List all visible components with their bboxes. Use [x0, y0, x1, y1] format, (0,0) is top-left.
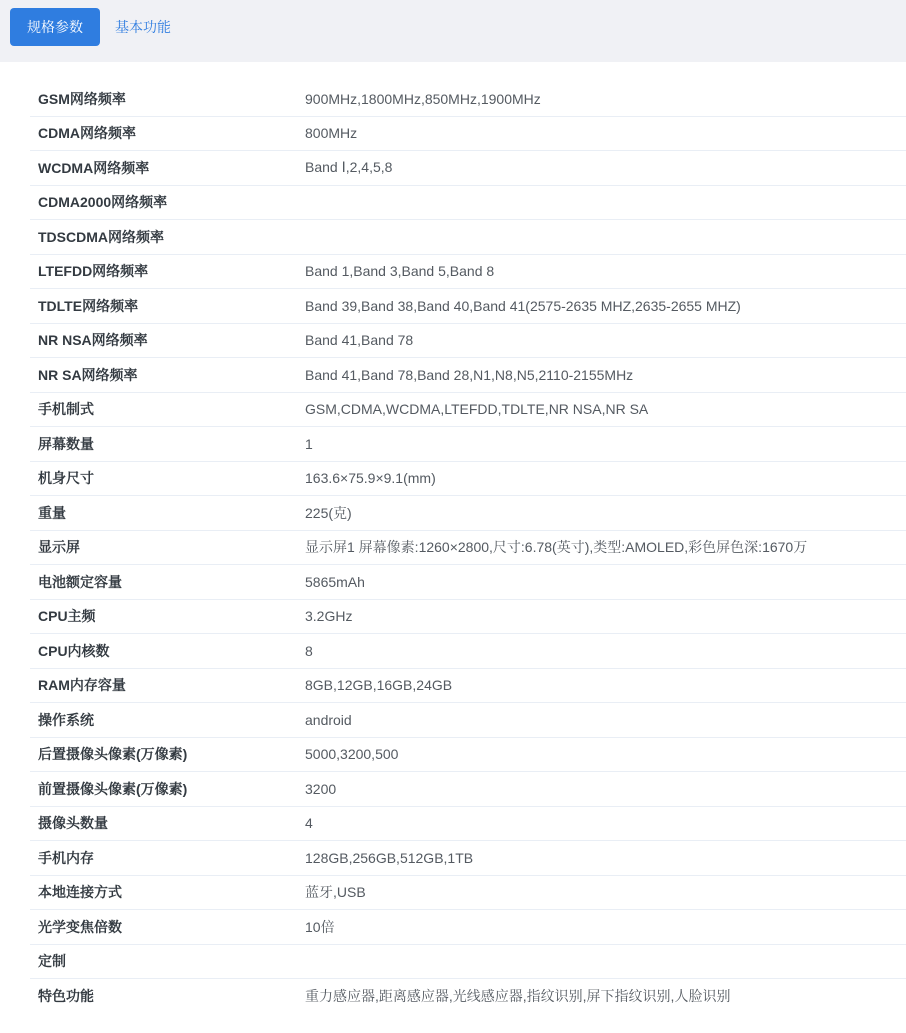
spec-label: 操作系统: [30, 710, 305, 730]
spec-label: WCDMA网络频率: [30, 158, 305, 178]
spec-value: GSM,CDMA,WCDMA,LTEFDD,TDLTE,NR NSA,NR SA: [305, 401, 906, 417]
spec-row: TDLTE网络频率Band 39,Band 38,Band 40,Band 41…: [30, 289, 906, 324]
spec-value: 900MHz,1800MHz,850MHz,1900MHz: [305, 91, 906, 107]
spec-value: Band 1,Band 3,Band 5,Band 8: [305, 263, 906, 279]
spec-label: 电池额定容量: [30, 572, 305, 592]
spec-row: TDSCDMA网络频率: [30, 220, 906, 255]
spec-row: 定制: [30, 945, 906, 980]
spec-value: 蓝牙,USB: [305, 882, 906, 902]
spec-label: 手机制式: [30, 399, 305, 419]
spec-row: 机身尺寸163.6×75.9×9.1(mm): [30, 462, 906, 497]
tab-bar: 规格参数 基本功能: [0, 0, 906, 62]
spec-label: 重量: [30, 503, 305, 523]
spec-row: CDMA网络频率800MHz: [30, 117, 906, 152]
spec-value: 800MHz: [305, 125, 906, 141]
spec-value: 4: [305, 815, 906, 831]
spec-value: 5000,3200,500: [305, 746, 906, 762]
spec-row: LTEFDD网络频率Band 1,Band 3,Band 5,Band 8: [30, 255, 906, 290]
spec-row: 光学变焦倍数10倍: [30, 910, 906, 945]
spec-row: 特色功能重力感应器,距离感应器,光线感应器,指纹识别,屏下指纹识别,人脸识别: [30, 979, 906, 1014]
spec-row: GSM网络频率900MHz,1800MHz,850MHz,1900MHz: [30, 82, 906, 117]
spec-label: TDSCDMA网络频率: [30, 227, 305, 247]
spec-value: 128GB,256GB,512GB,1TB: [305, 850, 906, 866]
spec-label: GSM网络频率: [30, 89, 305, 109]
spec-row: 前置摄像头像素(万像素)3200: [30, 772, 906, 807]
spec-label: 本地连接方式: [30, 882, 305, 902]
spec-label: 屏幕数量: [30, 434, 305, 454]
spec-row: 电池额定容量5865mAh: [30, 565, 906, 600]
spec-value: 1: [305, 436, 906, 452]
spec-label: 前置摄像头像素(万像素): [30, 779, 305, 799]
tab-spec-params[interactable]: 规格参数: [10, 8, 100, 46]
spec-row: WCDMA网络频率Band Ⅰ,2,4,5,8: [30, 151, 906, 186]
spec-value: 163.6×75.9×9.1(mm): [305, 470, 906, 486]
spec-label: CDMA网络频率: [30, 123, 305, 143]
spec-label: CPU内核数: [30, 641, 305, 661]
spec-row: 本地连接方式蓝牙,USB: [30, 876, 906, 911]
spec-row: RAM内存容量8GB,12GB,16GB,24GB: [30, 669, 906, 704]
spec-row: 手机内存128GB,256GB,512GB,1TB: [30, 841, 906, 876]
spec-value: Band 41,Band 78: [305, 332, 906, 348]
spec-label: LTEFDD网络频率: [30, 261, 305, 281]
spec-value: 225(克): [305, 503, 906, 523]
spec-label: 手机内存: [30, 848, 305, 868]
spec-row: CPU内核数8: [30, 634, 906, 669]
spec-row: 重量225(克): [30, 496, 906, 531]
spec-label: 摄像头数量: [30, 813, 305, 833]
spec-label: CPU主频: [30, 606, 305, 626]
spec-value: 5865mAh: [305, 574, 906, 590]
spec-value: Band 39,Band 38,Band 40,Band 41(2575-263…: [305, 298, 906, 314]
spec-label: NR NSA网络频率: [30, 330, 305, 350]
spec-label: NR SA网络频率: [30, 365, 305, 385]
spec-row: CDMA2000网络频率: [30, 186, 906, 221]
spec-row: 摄像头数量4: [30, 807, 906, 842]
spec-label: 特色功能: [30, 986, 305, 1006]
spec-row: NR NSA网络频率Band 41,Band 78: [30, 324, 906, 359]
spec-row: CPU主频3.2GHz: [30, 600, 906, 635]
spec-row: NR SA网络频率Band 41,Band 78,Band 28,N1,N8,N…: [30, 358, 906, 393]
spec-value: Band Ⅰ,2,4,5,8: [305, 159, 906, 176]
spec-table: GSM网络频率900MHz,1800MHz,850MHz,1900MHzCDMA…: [30, 62, 906, 1014]
spec-label: 光学变焦倍数: [30, 917, 305, 937]
spec-value: android: [305, 712, 906, 728]
spec-value: Band 41,Band 78,Band 28,N1,N8,N5,2110-21…: [305, 367, 906, 383]
spec-value: 显示屏1 屏幕像素:1260×2800,尺寸:6.78(英寸),类型:AMOLE…: [305, 537, 906, 557]
spec-value: 重力感应器,距离感应器,光线感应器,指纹识别,屏下指纹识别,人脸识别: [305, 986, 906, 1006]
spec-value: 8: [305, 643, 906, 659]
spec-label: RAM内存容量: [30, 675, 305, 695]
spec-label: CDMA2000网络频率: [30, 192, 305, 212]
spec-label: TDLTE网络频率: [30, 296, 305, 316]
spec-label: 显示屏: [30, 537, 305, 557]
spec-row: 后置摄像头像素(万像素)5000,3200,500: [30, 738, 906, 773]
spec-label: 机身尺寸: [30, 468, 305, 488]
spec-row: 手机制式GSM,CDMA,WCDMA,LTEFDD,TDLTE,NR NSA,N…: [30, 393, 906, 428]
spec-value: 10倍: [305, 917, 906, 937]
spec-label: 后置摄像头像素(万像素): [30, 744, 305, 764]
spec-value: 8GB,12GB,16GB,24GB: [305, 677, 906, 693]
tab-basic-functions[interactable]: 基本功能: [115, 8, 171, 46]
spec-value: 3.2GHz: [305, 608, 906, 624]
spec-value: 3200: [305, 781, 906, 797]
spec-row: 显示屏显示屏1 屏幕像素:1260×2800,尺寸:6.78(英寸),类型:AM…: [30, 531, 906, 566]
spec-label: 定制: [30, 951, 305, 971]
spec-row: 屏幕数量1: [30, 427, 906, 462]
spec-row: 操作系统android: [30, 703, 906, 738]
